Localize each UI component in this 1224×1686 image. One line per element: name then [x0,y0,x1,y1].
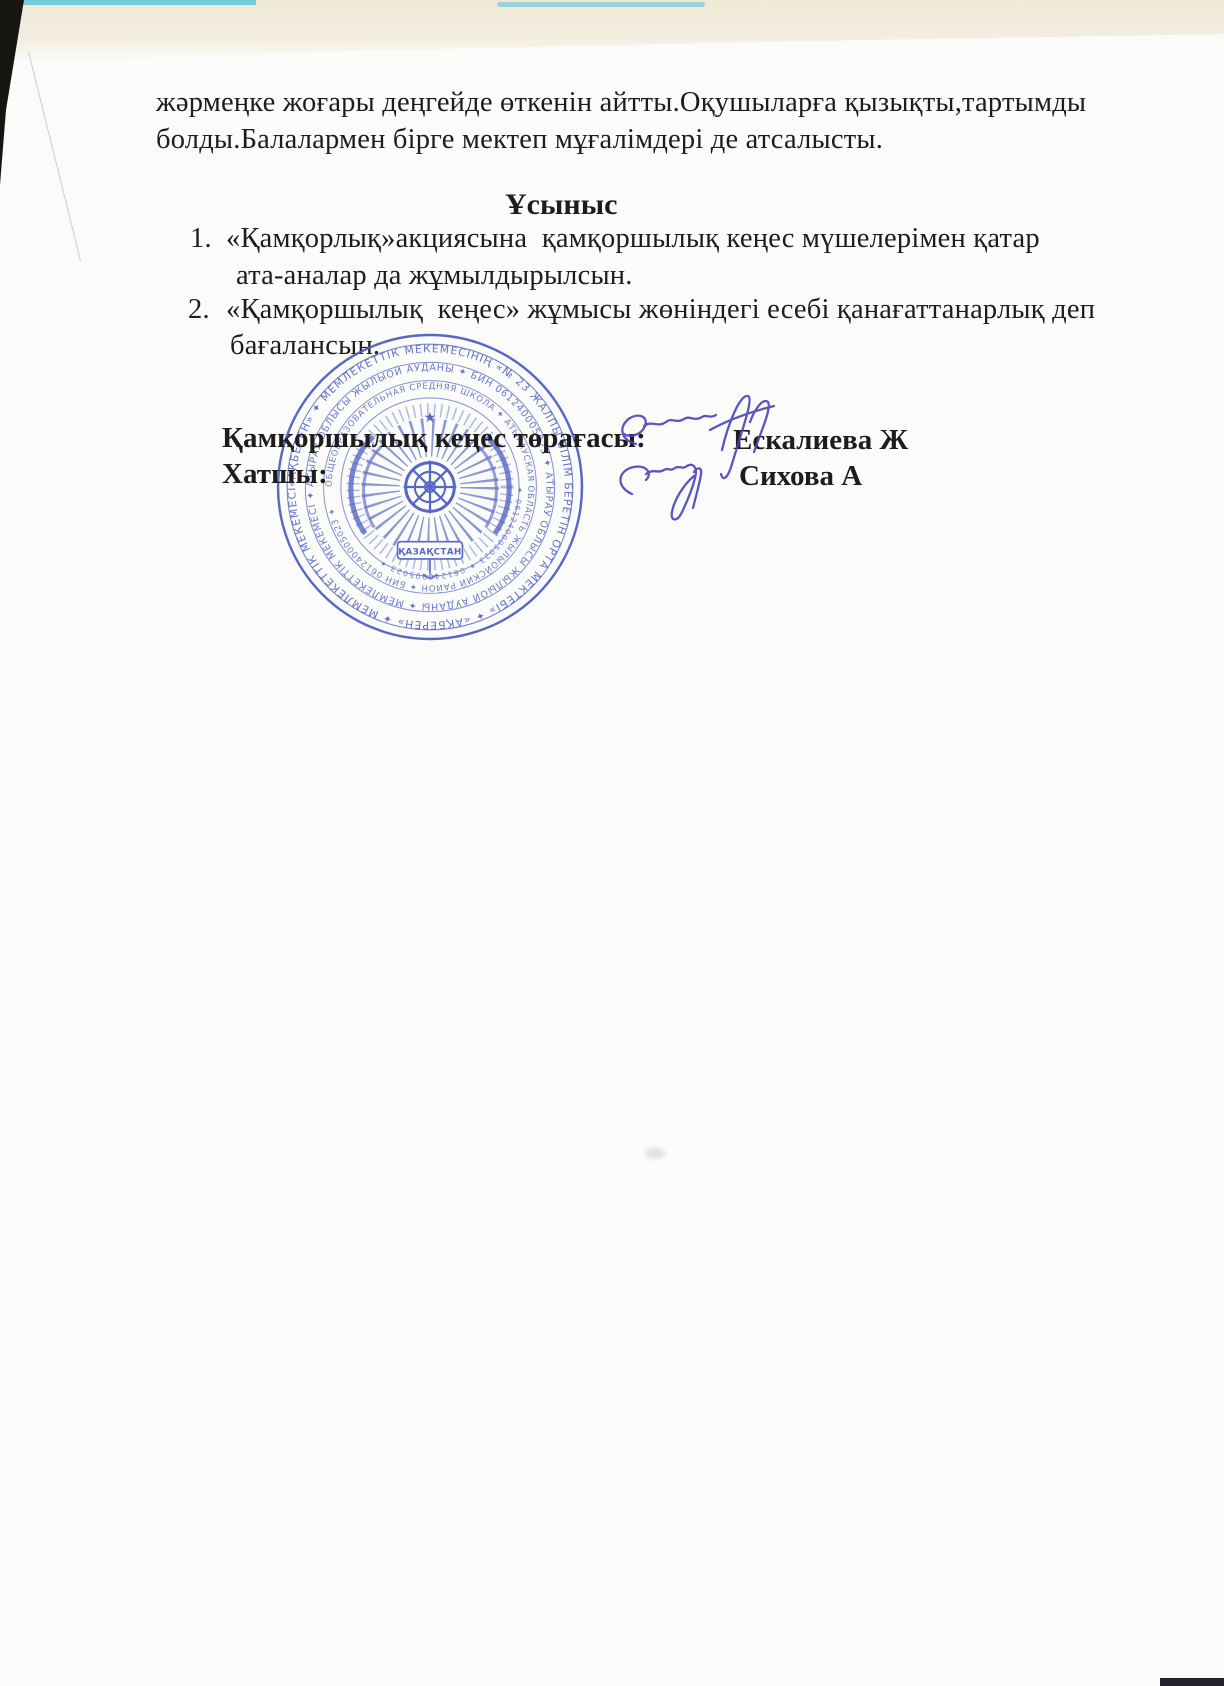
scanner-background-corner [1160,1678,1224,1686]
list-item-text: «Қамқорлық»акциясына қамқоршылық кеңес м… [226,222,1040,256]
scanned-document-page: жәрмеңке жоғары деңгейде өткенін айтты.О… [0,0,1224,1686]
chairman-label: Қамқоршылық кеңес төрағасы: [222,422,646,455]
paragraph-line: жәрмеңке жоғары деңгейде өткенін айтты.О… [156,86,1086,120]
list-item-number: 1. [190,222,212,256]
secretary-signature-icon [620,465,701,520]
stamp-banner-text: ҚАЗАҚСТАН [398,547,461,557]
scan-edge-line [0,0,256,5]
paper-crease [28,52,81,261]
scan-smudge [645,1148,665,1159]
list-item-number: 2. [188,293,210,327]
list-item-text: ата-аналар да жұмылдырылсын. [236,259,633,293]
list-item-text: «Қамқоршылық кеңес» жұмысы жөніндегі есе… [226,293,1095,327]
secretary-label: Хатшы: [222,458,328,491]
paragraph-line: болды.Балалармен бірге мектеп мұғалімдер… [156,123,883,157]
scan-edge-line [497,2,705,7]
scan-top-paper-edge [0,0,1224,64]
chairman-signature-icon [622,396,774,478]
handwritten-signatures [596,388,826,538]
section-heading: Ұсыныс [505,188,617,222]
